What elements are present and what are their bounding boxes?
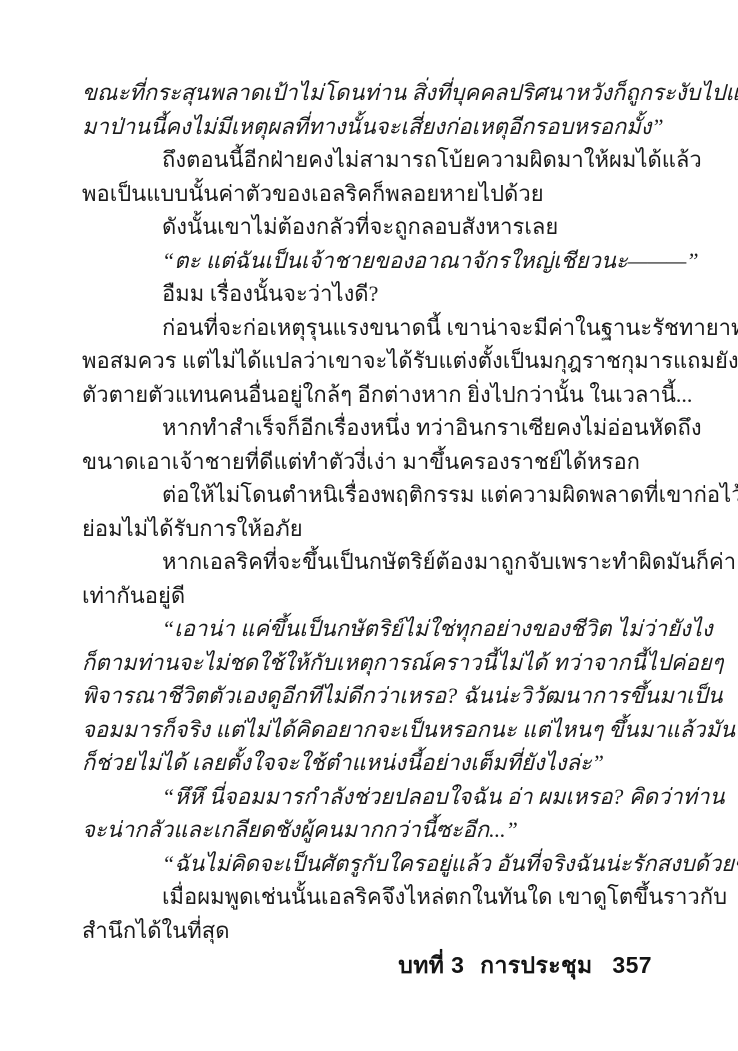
chapter-title: การประชุม [480,952,592,978]
text-line: เท่ากันอยู่ดี [82,579,658,613]
text-line: สำนึกได้ในที่สุด [82,914,658,948]
text-line: ขณะที่กระสุนพลาดเป้าไม่โดนท่าน สิ่งที่บุ… [82,76,658,110]
text-line: ก็ตามท่านจะไม่ชดใช้ให้กับเหตุการณ์คราวนี… [82,646,658,680]
book-page: ขณะที่กระสุนพลาดเป้าไม่โดนท่าน สิ่งที่บุ… [0,0,738,1051]
text-line: พอเป็นแบบนั้นค่าตัวของเอลริคก็พลอยหายไปด… [82,177,658,211]
text-line: ก็ช่วยไม่ได้ เลยตั้งใจจะใช้ตำแหน่งนี้อย่… [82,746,658,780]
text-line: หากเอลริคที่จะขึ้นเป็นกษัตริย์ต้องมาถูกจ… [82,545,658,579]
text-line: ตัวตายตัวแทนคนอื่นอยู่ใกล้ๆ อีกต่างหาก ย… [82,378,658,412]
text-line: ก่อนที่จะก่อเหตุรุนแรงขนาดนี้ เขาน่าจะมี… [82,311,658,345]
text-line: เมื่อผมพูดเช่นนั้นเอลริคจึงไหล่ตกในทันใด… [82,880,658,914]
page-footer: บทที่ 3 การประชุม 357 [82,950,652,980]
text-line: พิจารณาชีวิตตัวเองดูอีกทีไม่ดีกว่าเหรอ? … [82,679,658,713]
chapter-label: บทที่ 3 [398,952,464,978]
text-line: มาป่านนี้คงไม่มีเหตุผลที่ทางนั้นจะเสี่ยง… [82,110,658,144]
text-line: ย่อมไม่ได้รับการให้อภัย [82,512,658,546]
text-line: “หึหึ นี่จอมมารกำลังช่วยปลอบใจฉัน อ่า ผม… [82,780,658,814]
text-line: ขนาดเอาเจ้าชายที่ดีแต่ทำตัวงี่เง่า มาขึ้… [82,445,658,479]
text-line: หากทำสำเร็จก็อีกเรื่องหนึ่ง ทว่าอินกราเซ… [82,411,658,445]
body-text: ขณะที่กระสุนพลาดเป้าไม่โดนท่าน สิ่งที่บุ… [82,76,658,947]
text-line: “เอาน่า แค่ขึ้นเป็นกษัตริย์ไม่ใช่ทุกอย่า… [82,612,658,646]
text-line: ต่อให้ไม่โดนตำหนิเรื่องพฤติกรรม แต่ความผ… [82,478,658,512]
text-line: พอสมควร แต่ไม่ได้แปลว่าเขาจะได้รับแต่งตั… [82,344,658,378]
text-line: จอมมารก็จริง แต่ไม่ได้คิดอยากจะเป็นหรอกน… [82,713,658,747]
text-line: อืมม เรื่องนั้นจะว่าไงดี? [82,277,658,311]
text-line: ดังนั้นเขาไม่ต้องกลัวที่จะถูกลอบสังหารเล… [82,210,658,244]
page-number: 357 [612,952,652,978]
text-line: “ตะ แต่ฉันเป็นเจ้าชายของอาณาจักรใหญ่เชีย… [82,244,658,278]
text-line: “ฉันไม่คิดจะเป็นศัตรูกับใครอยู่แล้ว อันท… [82,847,658,881]
text-line: จะน่ากลัวและเกลียดชังผู้คนมากกว่านี้ซะอี… [82,813,658,847]
text-line: ถึงตอนนี้อีกฝ่ายคงไม่สามารถโบ้ยความผิดมา… [82,143,658,177]
